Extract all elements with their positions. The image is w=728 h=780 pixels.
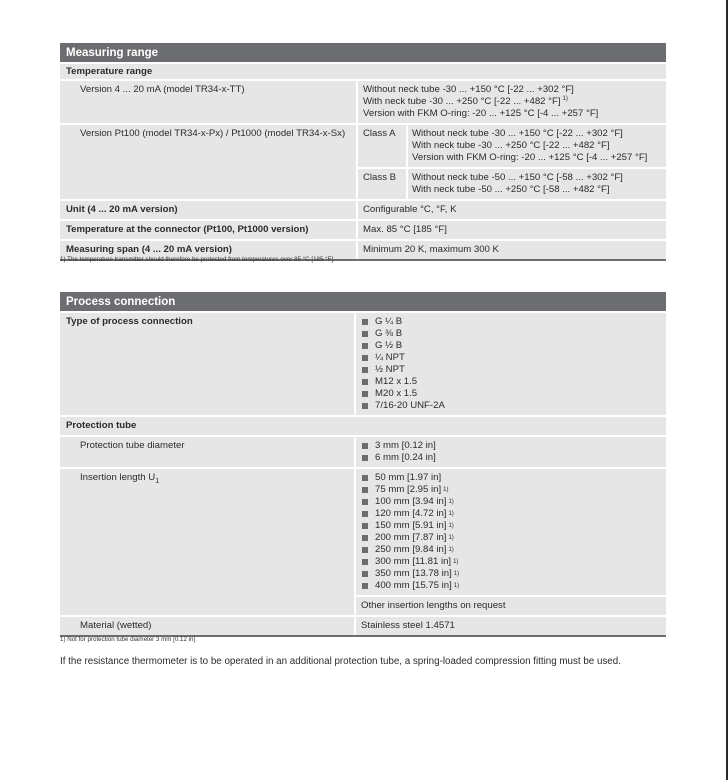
class-a-label: Class A (358, 125, 406, 167)
list-item: ½ NPT (361, 364, 661, 376)
list-item: 3 mm [0.12 in] (361, 440, 661, 452)
list-item: 100 mm [3.94 in]1) (361, 496, 661, 508)
type-values: G ¼ BG ⅜ BG ½ B¼ NPT½ NPTM12 x 1.5M20 x … (356, 313, 666, 415)
list-item: 200 mm [7.87 in]1) (361, 532, 661, 544)
bullet-square-icon (362, 331, 368, 337)
list-item-text: 6 mm [0.24 in] (375, 452, 436, 464)
list-item-text: 7/16-20 UNF-2A (375, 400, 445, 412)
bullet-square-icon (362, 343, 368, 349)
bullet-square-icon (362, 547, 368, 553)
range-line: With neck tube -30 ... +250 °C [-22 ... … (412, 140, 662, 152)
list-item: G ¼ B (361, 316, 661, 328)
version-4-20-values: Without neck tube -30 ... +150 °C [-22 .… (358, 81, 666, 123)
bullet-square-icon (362, 535, 368, 541)
bullet-square-icon (362, 379, 368, 385)
list-item-text: 120 mm [4.72 in] (375, 508, 446, 520)
range-line: Version with FKM O-ring: -20 ... +125 °C… (412, 152, 662, 164)
bullet-square-icon (362, 355, 368, 361)
list-item: G ½ B (361, 340, 661, 352)
section-header-measuring-range: Measuring range (60, 43, 666, 62)
list-item-text: M12 x 1.5 (375, 376, 417, 388)
list-item: M12 x 1.5 (361, 376, 661, 388)
bullet-square-icon (362, 475, 368, 481)
list-item-text: 200 mm [7.87 in] (375, 532, 446, 544)
diameter-values: 3 mm [0.12 in]6 mm [0.24 in] (356, 437, 666, 467)
list-item-text: G ⅜ B (375, 328, 402, 340)
list-item-text: 300 mm [11.81 in] (375, 556, 451, 568)
range-line: With neck tube -50 ... +250 °C [-58 ... … (412, 184, 662, 196)
footnote-marker: 1) (563, 96, 568, 102)
list-item: 50 mm [1.97 in] (361, 472, 661, 484)
list-item-text: 400 mm [15.75 in] (375, 580, 452, 592)
connector-temp-value: Max. 85 °C [185 °F] (358, 221, 666, 239)
type-label: Type of process connection (60, 313, 354, 415)
bullet-square-icon (362, 487, 368, 493)
material-label: Material (wetted) (60, 617, 354, 635)
range-line: Without neck tube -30 ... +150 °C [-22 .… (412, 128, 662, 140)
span-value: Minimum 20 K, maximum 300 K (358, 241, 666, 259)
bullet-square-icon (362, 511, 368, 517)
bullet-square-icon (362, 571, 368, 577)
footnote-measuring-range: 1) The temperature transmitter should th… (60, 256, 335, 263)
list-item: 6 mm [0.24 in] (361, 452, 661, 464)
list-item: 400 mm [15.75 in]1) (361, 580, 661, 592)
section-header-process-connection: Process connection (60, 292, 666, 311)
insertion-values: 50 mm [1.97 in]75 mm [2.95 in]1)100 mm [… (356, 469, 666, 595)
protection-tube-label: Protection tube (60, 417, 666, 435)
bullet-square-icon (362, 559, 368, 565)
version-pt-label: Version Pt100 (model TR34-x-Px) / Pt1000… (60, 125, 356, 199)
bullet-square-icon (362, 583, 368, 589)
list-item: G ⅜ B (361, 328, 661, 340)
bullet-square-icon (362, 443, 368, 449)
list-item-text: G ¼ B (375, 316, 402, 328)
list-item-text: 100 mm [3.94 in] (375, 496, 446, 508)
range-line: With neck tube -30 ... +250 °C [-22 ... … (363, 96, 661, 108)
list-item-text: G ½ B (375, 340, 402, 352)
diameter-label: Protection tube diameter (60, 437, 354, 467)
bullet-square-icon (362, 523, 368, 529)
list-item-text: ½ NPT (375, 364, 405, 376)
unit-label: Unit (4 ... 20 mA version) (60, 201, 356, 219)
bullet-square-icon (362, 367, 368, 373)
measuring-range-table: Measuring range Temperature range Versio… (60, 43, 666, 261)
list-item-text: 50 mm [1.97 in] (375, 472, 441, 484)
bullet-square-icon (362, 391, 368, 397)
list-item: M20 x 1.5 (361, 388, 661, 400)
material-value: Stainless steel 1.4571 (356, 617, 666, 635)
temperature-range-label: Temperature range (60, 64, 666, 79)
version-4-20-label: Version 4 ... 20 mA (model TR34-x-TT) (60, 81, 356, 123)
list-item-text: 150 mm [5.91 in] (375, 520, 446, 532)
list-item: 250 mm [9.84 in]1) (361, 544, 661, 556)
list-item-text: M20 x 1.5 (375, 388, 417, 400)
range-line: Without neck tube -30 ... +150 °C [-22 .… (363, 84, 661, 96)
process-connection-table: Process connection Type of process conne… (60, 292, 666, 637)
bullet-square-icon (362, 319, 368, 325)
compression-fitting-note: If the resistance thermometer is to be o… (60, 656, 621, 667)
list-item: 75 mm [2.95 in]1) (361, 484, 661, 496)
class-a-values: Without neck tube -30 ... +150 °C [-22 .… (408, 125, 666, 167)
connector-temp-label: Temperature at the connector (Pt100, Pt1… (60, 221, 356, 239)
bullet-square-icon (362, 403, 368, 409)
version-pt-values: Class A Without neck tube -30 ... +150 °… (358, 125, 666, 199)
list-item: 150 mm [5.91 in]1) (361, 520, 661, 532)
list-item-text: 350 mm [13.78 in] (375, 568, 452, 580)
class-b-label: Class B (358, 169, 406, 199)
range-line: Version with FKM O-ring: -20 ... +125 °C… (363, 108, 661, 120)
class-b-values: Without neck tube -50 ... +150 °C [-58 .… (408, 169, 666, 199)
insertion-other: Other insertion lengths on request (356, 597, 666, 615)
list-item-text: ¼ NPT (375, 352, 405, 364)
list-item-text: 75 mm [2.95 in] (375, 484, 441, 496)
bullet-square-icon (362, 499, 368, 505)
list-item: 300 mm [11.81 in]1) (361, 556, 661, 568)
range-line: Without neck tube -50 ... +150 °C [-58 .… (412, 172, 662, 184)
bullet-square-icon (362, 455, 368, 461)
unit-value: Configurable °C, °F, K (358, 201, 666, 219)
footnote-process-connection: 1) Not for protection tube diameter 3 mm… (60, 636, 195, 643)
list-item: 350 mm [13.78 in]1) (361, 568, 661, 580)
list-item-text: 250 mm [9.84 in] (375, 544, 446, 556)
list-item: 7/16-20 UNF-2A (361, 400, 661, 412)
list-item: ¼ NPT (361, 352, 661, 364)
list-item-text: 3 mm [0.12 in] (375, 440, 436, 452)
list-item: 120 mm [4.72 in]1) (361, 508, 661, 520)
insertion-label: Insertion length U1 (60, 469, 354, 615)
